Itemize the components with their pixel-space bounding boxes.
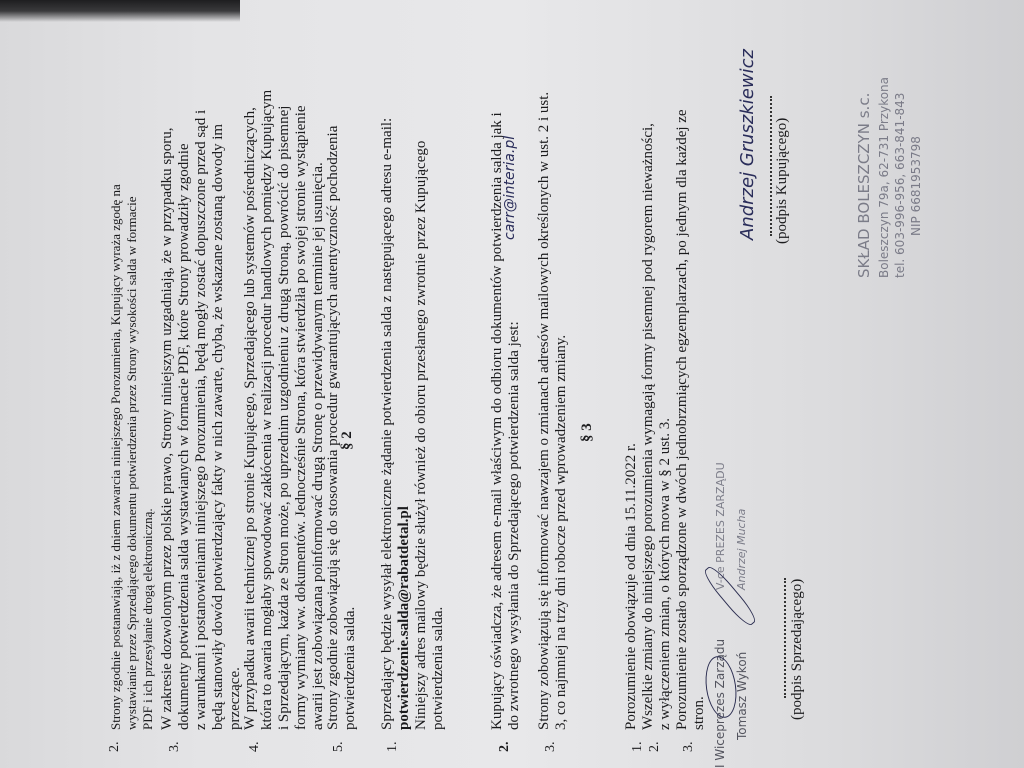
paragraph-line: przeczące. (228, 667, 243, 730)
photo-edge-shadow (0, 0, 240, 22)
item-number: 2. (498, 742, 512, 753)
buyer-signature-line (770, 96, 772, 236)
paragraph-line: PDF i ich przesyłanie drogą elektroniczn… (140, 508, 155, 730)
paragraph-line: Strony zgodnie zobowiązują się do stosow… (326, 126, 341, 730)
paragraph-line: dokumenty potwierdzenia salda wystawiany… (177, 143, 192, 730)
seller-signature (701, 563, 760, 628)
paragraph-line: Strony zobowiązują się informować nawzaj… (537, 92, 552, 730)
paragraph-line: do zwrotnego wysyłania do Sprzedającego … (507, 321, 522, 730)
handwritten-email: carr@interia.pl (503, 136, 518, 240)
seller-stamp-name-2: Andrzej Mucha (734, 509, 749, 590)
company-stamp-nip: NIP 6681953798 (909, 136, 924, 236)
paragraph-line: Porozumienie zostało sporządzone w dwóch… (675, 109, 690, 730)
company-stamp-address: Boleszczyn 79a, 62-731 Przykona (877, 77, 892, 278)
paragraph-line: wystawianie przez Sprzedającego dokument… (124, 196, 139, 730)
item-number: 3. (168, 742, 182, 753)
email-address: potwierdzenie.salda@rabatdetal.pl (397, 506, 412, 730)
paragraph-line: W przypadku awarii technicznej po stroni… (243, 107, 258, 730)
item-number: 4. (248, 742, 262, 753)
buyer-signature: Andrzej Gruszkiewicz (740, 49, 755, 240)
paragraph-line: Wszelkie zmiany do niniejszego porozumie… (641, 123, 656, 730)
paragraph-line: awarii jest zobowiązana poinformować dru… (311, 162, 326, 730)
paragraph-line: z warunkami i postanowieniami niniejszeg… (194, 110, 209, 730)
buyer-signature-label: (podpis Kupującego) (775, 118, 790, 244)
item-number: 3. (544, 742, 558, 753)
paragraph-line: Sprzedający będzie wysyłał elektroniczne… (380, 118, 395, 730)
seller-stamp-name: Tomasz Wykoń (735, 652, 750, 740)
paragraph-line: Niniejszy adres mailowy będzie służył ró… (414, 141, 429, 730)
paragraph-line: stron. (692, 696, 707, 730)
company-stamp-name: SKŁAD BOLESZCZYN s.c. (857, 93, 872, 278)
item-number: 1. (631, 742, 645, 753)
item-number: 3. (682, 742, 696, 753)
paragraph-line: formy wymiany ww. dokumentów. Jednocześn… (294, 105, 309, 730)
paragraph-line: W zakresie dozwolonym przez polskie praw… (160, 128, 175, 730)
paragraph-line: potwierdzenia salda. (431, 607, 446, 730)
item-number: 2. (108, 742, 122, 753)
paragraph-line: będą stanowiły dowód potwierdzający fakt… (211, 124, 226, 730)
item-number: 1. (386, 742, 400, 753)
section-heading: § 3 (580, 423, 595, 442)
seller-signature-line (784, 578, 786, 698)
seller-signature-label: (podpis Sprzedającego) (790, 579, 805, 720)
section-heading: § 2 (340, 431, 355, 450)
item-number: 5. (332, 742, 346, 753)
paragraph-line: i Sprzedającym, każda ze Stron może, po … (277, 106, 292, 730)
paragraph-line: Porozumienie obowiązuje od dnia 15.11.20… (624, 443, 639, 730)
item-number: 2. (648, 742, 662, 753)
paragraph-line: 3, co najmniej na trzy dni robocze przed… (554, 335, 569, 730)
paragraph-line: potwierdzenia salda. (343, 607, 358, 730)
paragraph-line: która to awaria mogłaby spowodować zakłó… (260, 90, 275, 730)
paragraph-line: Strony zgodnie postanawiają, iż z dniem … (108, 184, 123, 730)
paragraph-line: z wyłączeniem zmian, o których mowa w § … (658, 418, 673, 730)
company-stamp-phone: tel. 603-996-956, 663-841-843 (893, 93, 908, 278)
